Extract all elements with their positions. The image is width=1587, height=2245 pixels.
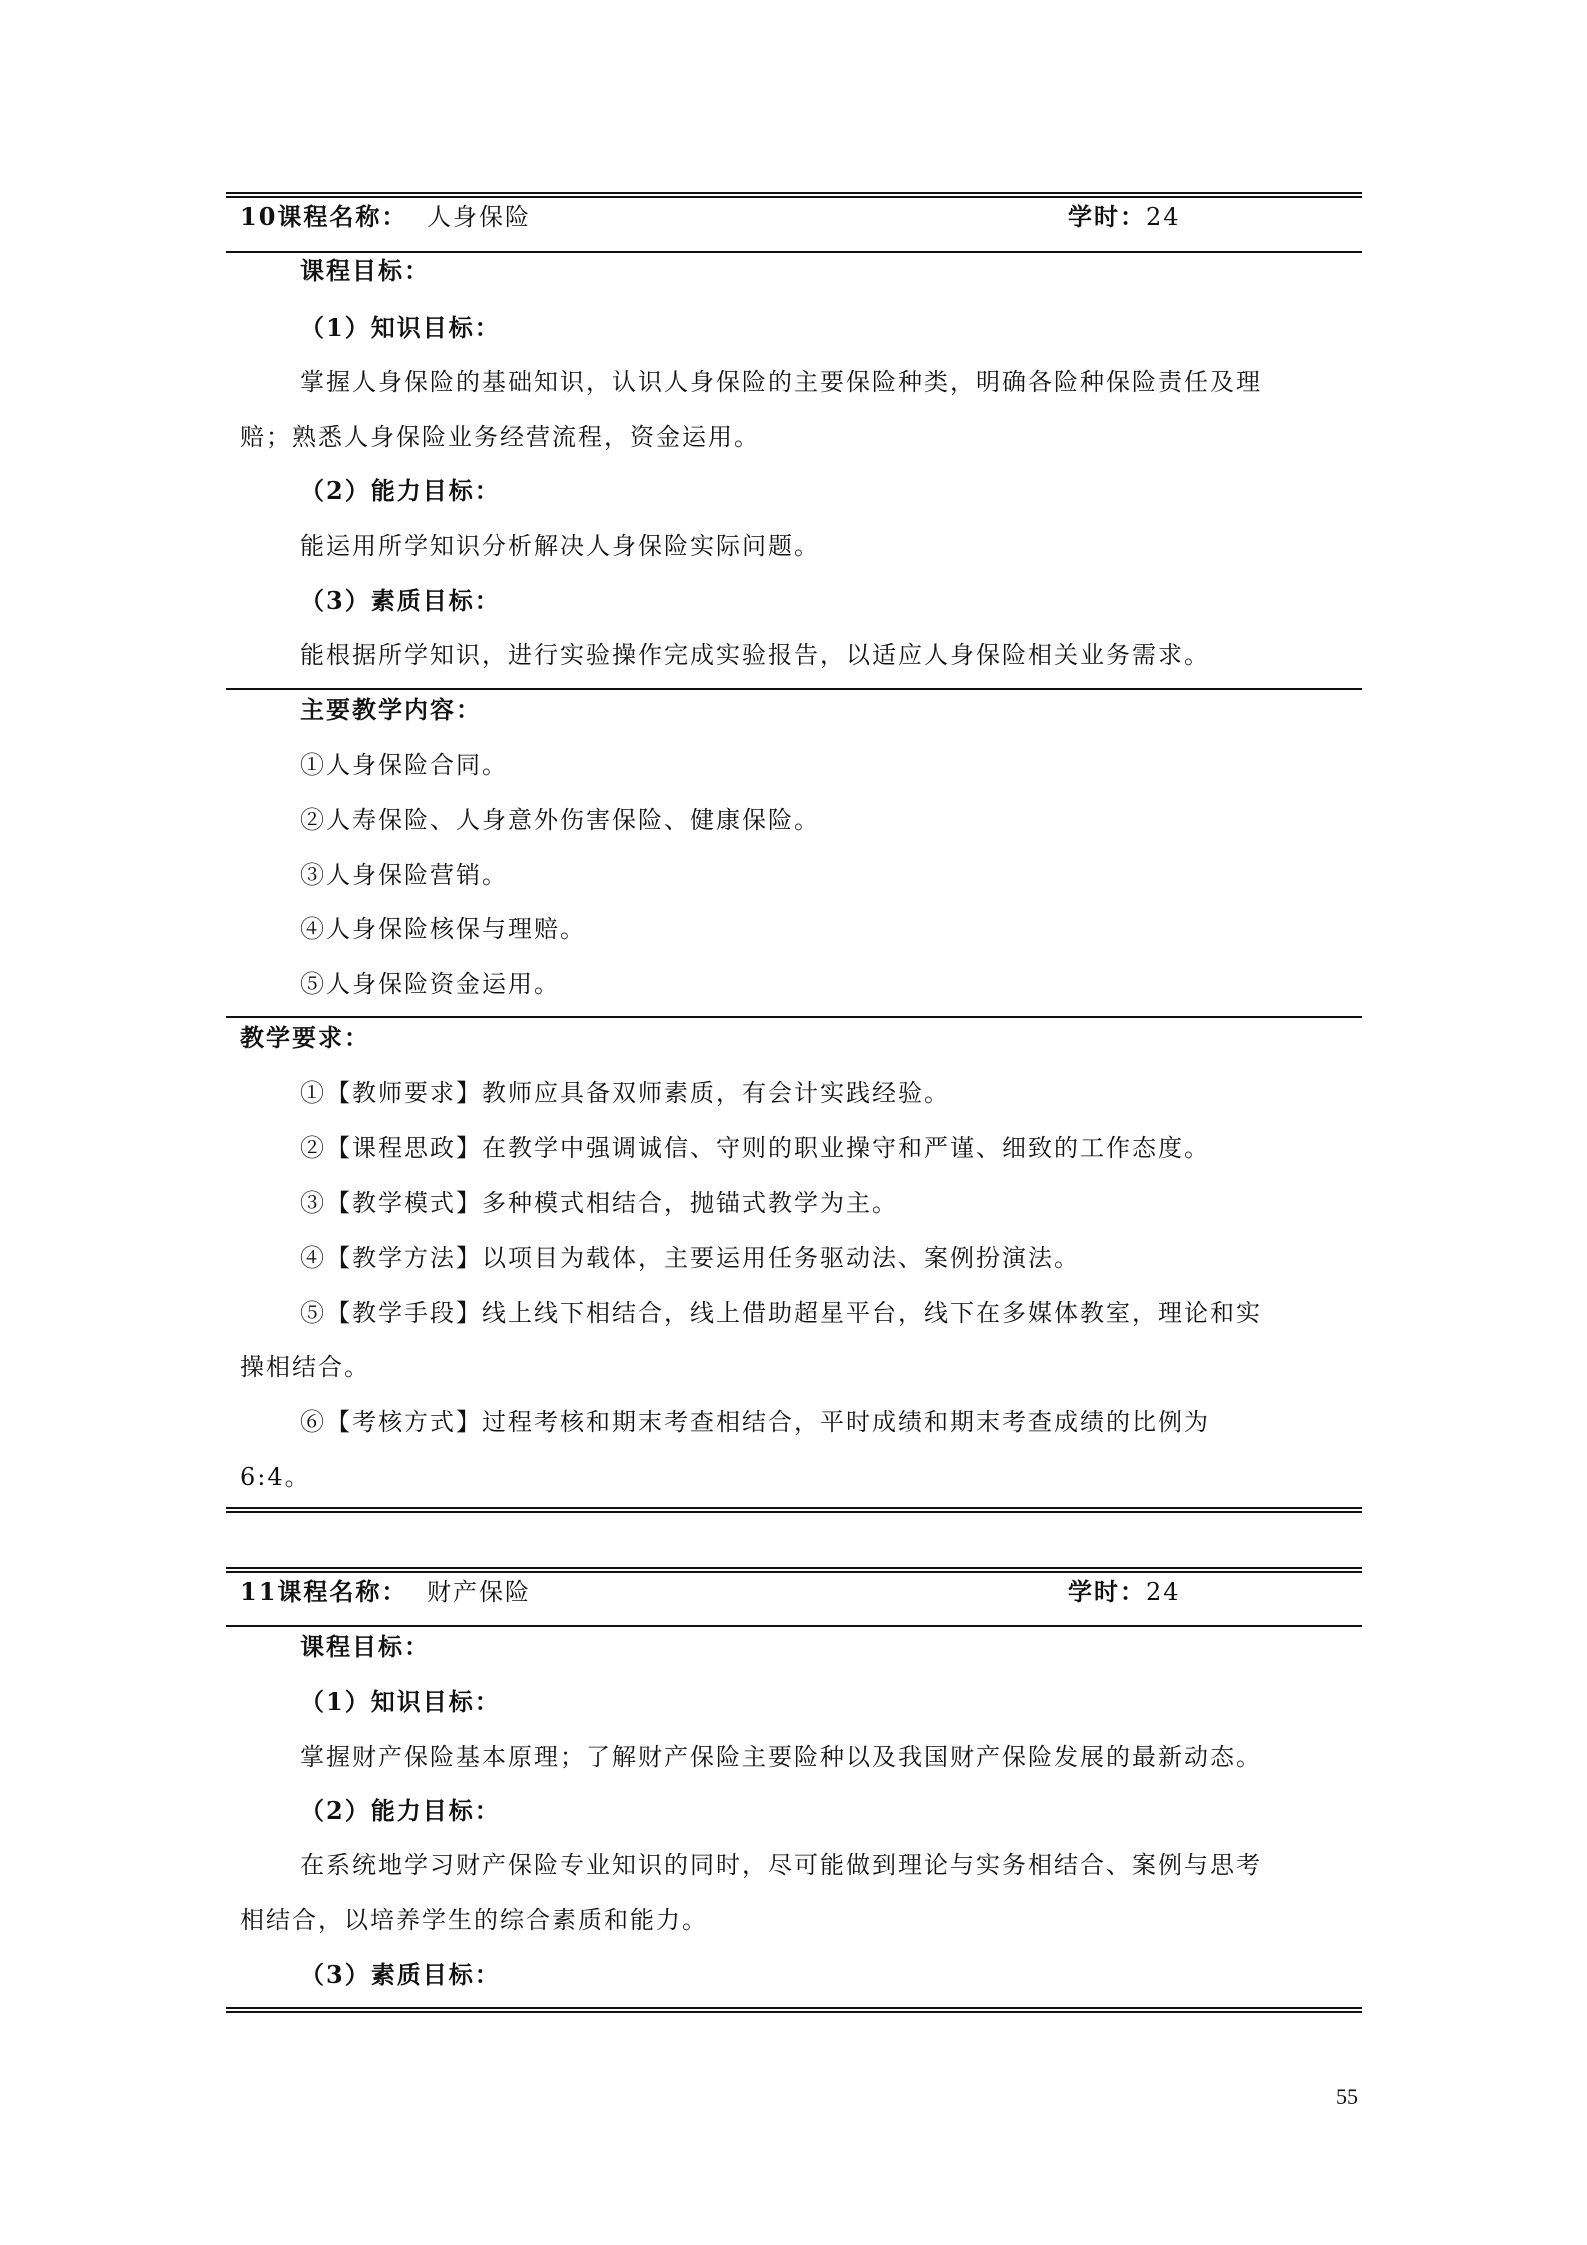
quality-text: 能根据所学知识，进行实验操作完成实验报告，以适应人身保险相关业务需求。: [300, 640, 1210, 670]
course-name-label: 11课程名称：: [240, 1577, 407, 1606]
objectives-title: 课程目标：: [300, 1632, 430, 1662]
knowledge-text: 掌握人身保险的基础知识，认识人身保险的主要保险种类，明确各险种保险责任及理: [300, 367, 1262, 397]
content-item: ⑤人身保险资金运用。: [300, 969, 560, 999]
table-bottom-border: [226, 2007, 1362, 2013]
quality-label: （3）素质目标：: [300, 1960, 501, 1990]
table-top-border: [226, 1567, 1362, 1573]
course-table-10: 10课程名称： 人身保险 学时：24 课程目标： （1）知识目标： 掌握人身保险…: [226, 0, 1362, 2245]
ability-text-cont: 相结合，以培养学生的综合素质和能力。: [240, 1905, 708, 1935]
knowledge-text: 掌握财产保险基本原理；了解财产保险主要险种以及我国财产保险发展的最新动态。: [300, 1742, 1262, 1772]
knowledge-text-cont: 赔；熟悉人身保险业务经营流程，资金运用。: [240, 422, 760, 452]
ability-text: 在系统地学习财产保险专业知识的同时，尽可能做到理论与实务相结合、案例与思考: [300, 1850, 1262, 1880]
course-name: 财产保险: [427, 1578, 531, 1606]
content-item: ①人身保险合同。: [300, 750, 508, 780]
requirement-item-cont: 操相结合。: [240, 1352, 370, 1382]
knowledge-label: （1）知识目标：: [300, 313, 501, 343]
content-title: 主要教学内容：: [300, 695, 482, 725]
course-header: 11课程名称： 财产保险: [240, 1577, 531, 1607]
row-divider: [226, 1016, 1362, 1018]
content-item: ③人身保险营销。: [300, 860, 508, 890]
requirement-item: ⑥【考核方式】过程考核和期末考查相结合，平时成绩和期末考查成绩的比例为: [300, 1407, 1210, 1437]
page-number: 55: [1336, 2084, 1358, 2110]
ability-text: 能运用所学知识分析解决人身保险实际问题。: [300, 531, 820, 561]
content-item: ④人身保险核保与理赔。: [300, 914, 586, 944]
course-hours: 学时：24: [1068, 1577, 1181, 1607]
requirement-item: ①【教师要求】教师应具备双师素质，有会计实践经验。: [300, 1078, 950, 1108]
course-hours: 学时：24: [1068, 202, 1181, 232]
course-header: 10课程名称： 人身保险: [240, 202, 531, 232]
table-bottom-border: [226, 1507, 1362, 1513]
requirement-item-cont: 6:4。: [240, 1462, 311, 1492]
row-divider: [226, 1625, 1362, 1627]
row-divider: [226, 251, 1362, 253]
requirement-item: ②【课程思政】在教学中强调诚信、守则的职业操守和严谨、细致的工作态度。: [300, 1133, 1210, 1163]
objectives-title: 课程目标：: [300, 256, 430, 286]
ability-label: （2）能力目标：: [300, 1796, 501, 1826]
course-name: 人身保险: [427, 203, 531, 231]
table-top-border: [226, 192, 1362, 198]
quality-label: （3）素质目标：: [300, 586, 501, 616]
requirements-title: 教学要求：: [240, 1023, 370, 1053]
row-divider: [226, 688, 1362, 690]
requirement-item: ④【教学方法】以项目为载体，主要运用任务驱动法、案例扮演法。: [300, 1243, 1080, 1273]
content-item: ②人寿保险、人身意外伤害保险、健康保险。: [300, 805, 820, 835]
requirement-item: ⑤【教学手段】线上线下相结合，线上借助超星平台，线下在多媒体教室，理论和实: [300, 1298, 1262, 1328]
course-name-label: 10课程名称：: [240, 202, 407, 231]
requirement-item: ③【教学模式】多种模式相结合，抛锚式教学为主。: [300, 1188, 898, 1218]
ability-label: （2）能力目标：: [300, 476, 501, 506]
knowledge-label: （1）知识目标：: [300, 1687, 501, 1717]
